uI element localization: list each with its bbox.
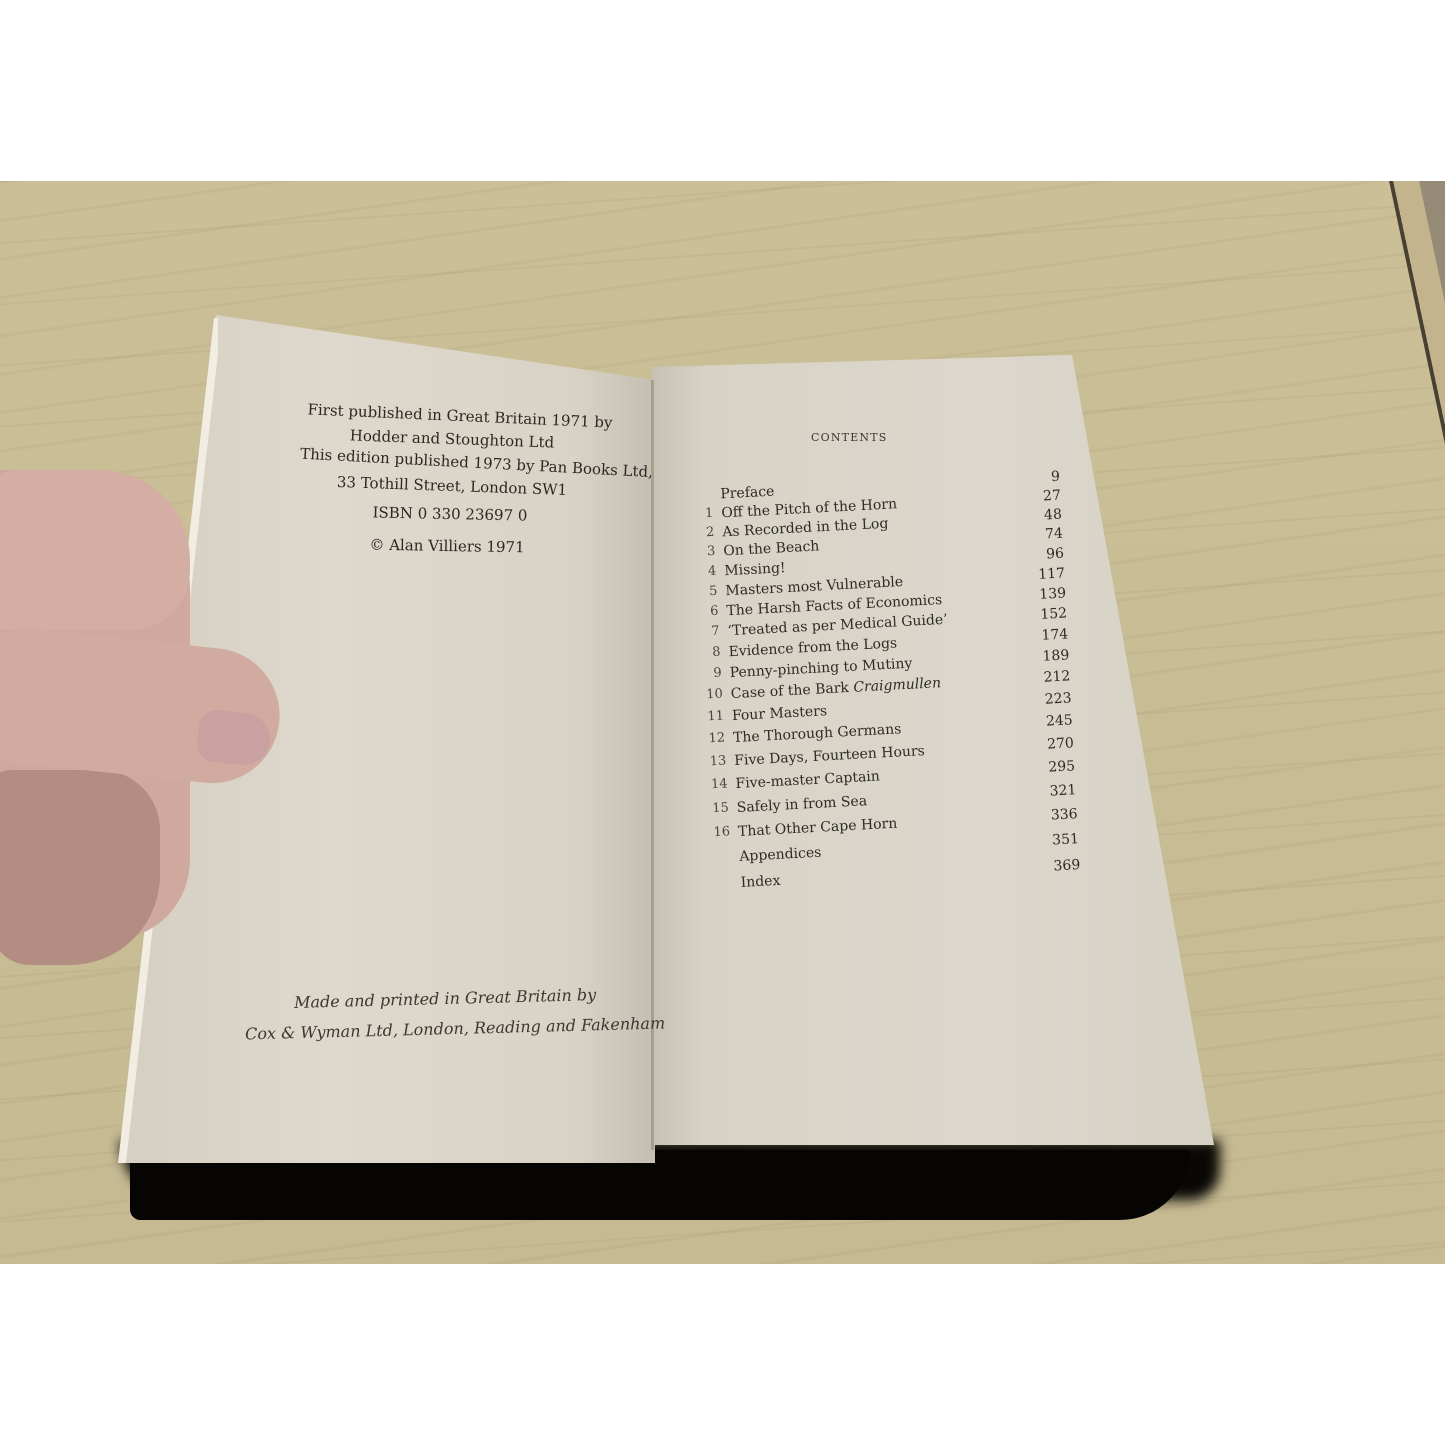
toc-chapter-number: 10 <box>700 687 723 703</box>
toc-page-number: 96 <box>1004 546 1065 565</box>
table-of-contents: Preface9 1Off the Pitch of the Horn27 2A… <box>690 468 1101 903</box>
toc-page-number: 212 <box>1010 668 1071 687</box>
toc-chapter-number: 13 <box>704 753 727 769</box>
toc-chapter-number: 5 <box>695 584 718 600</box>
toc-page-number: 321 <box>1016 782 1077 801</box>
toc-chapter-number: 11 <box>702 709 725 725</box>
toc-title-ship-name: Craigmullen <box>853 675 941 696</box>
toc-page-number: 152 <box>1007 605 1068 624</box>
toc-chapter-number: 3 <box>693 544 716 560</box>
toc-chapter-number <box>709 849 731 850</box>
toc-chapter-number: 2 <box>692 525 715 541</box>
toc-page-number: 48 <box>1002 507 1063 526</box>
toc-title: Preface <box>720 484 775 503</box>
toc-page-number: 139 <box>1006 585 1067 604</box>
toc-title: Missing! <box>724 560 786 579</box>
toc-page-number: 369 <box>1020 857 1081 876</box>
toc-chapter-number: 16 <box>708 824 731 840</box>
hand-index-finger <box>0 470 190 630</box>
toc-page-number: 189 <box>1009 647 1070 666</box>
toc-page-number: 270 <box>1014 735 1075 754</box>
contents-heading: CONTENTS <box>811 431 888 444</box>
toc-page-number: 336 <box>1017 806 1078 825</box>
toc-chapter-number <box>710 875 732 876</box>
hand-lower-fingers <box>0 770 160 965</box>
toc-page-number: 295 <box>1015 758 1076 777</box>
toc-title: Appendices <box>739 845 822 865</box>
toc-page-number: 351 <box>1019 831 1080 850</box>
toc-chapter-number: 4 <box>694 564 717 580</box>
toc-page-number: 27 <box>1001 488 1062 507</box>
toc-chapter-number: 7 <box>697 624 720 640</box>
toc-chapter-number: 12 <box>703 731 726 747</box>
toc-page-number: 9 <box>1000 469 1061 488</box>
toc-title: Index <box>740 873 780 891</box>
table-edge <box>1388 181 1445 576</box>
toc-chapter-number: 1 <box>691 506 714 522</box>
toc-chapter-number: 8 <box>698 645 721 661</box>
toc-chapter-number: 14 <box>705 776 728 792</box>
toc-chapter-number: 15 <box>706 800 729 816</box>
toc-page-number: 117 <box>1005 566 1066 585</box>
toc-chapter-number: 6 <box>696 604 719 620</box>
toc-page-number: 74 <box>1003 526 1064 545</box>
toc-page-number: 174 <box>1008 626 1069 645</box>
toc-page-number: 245 <box>1012 712 1073 731</box>
toc-chapter-number <box>690 487 712 488</box>
toc-chapter-number: 9 <box>699 666 722 682</box>
toc-page-number: 223 <box>1011 690 1072 709</box>
